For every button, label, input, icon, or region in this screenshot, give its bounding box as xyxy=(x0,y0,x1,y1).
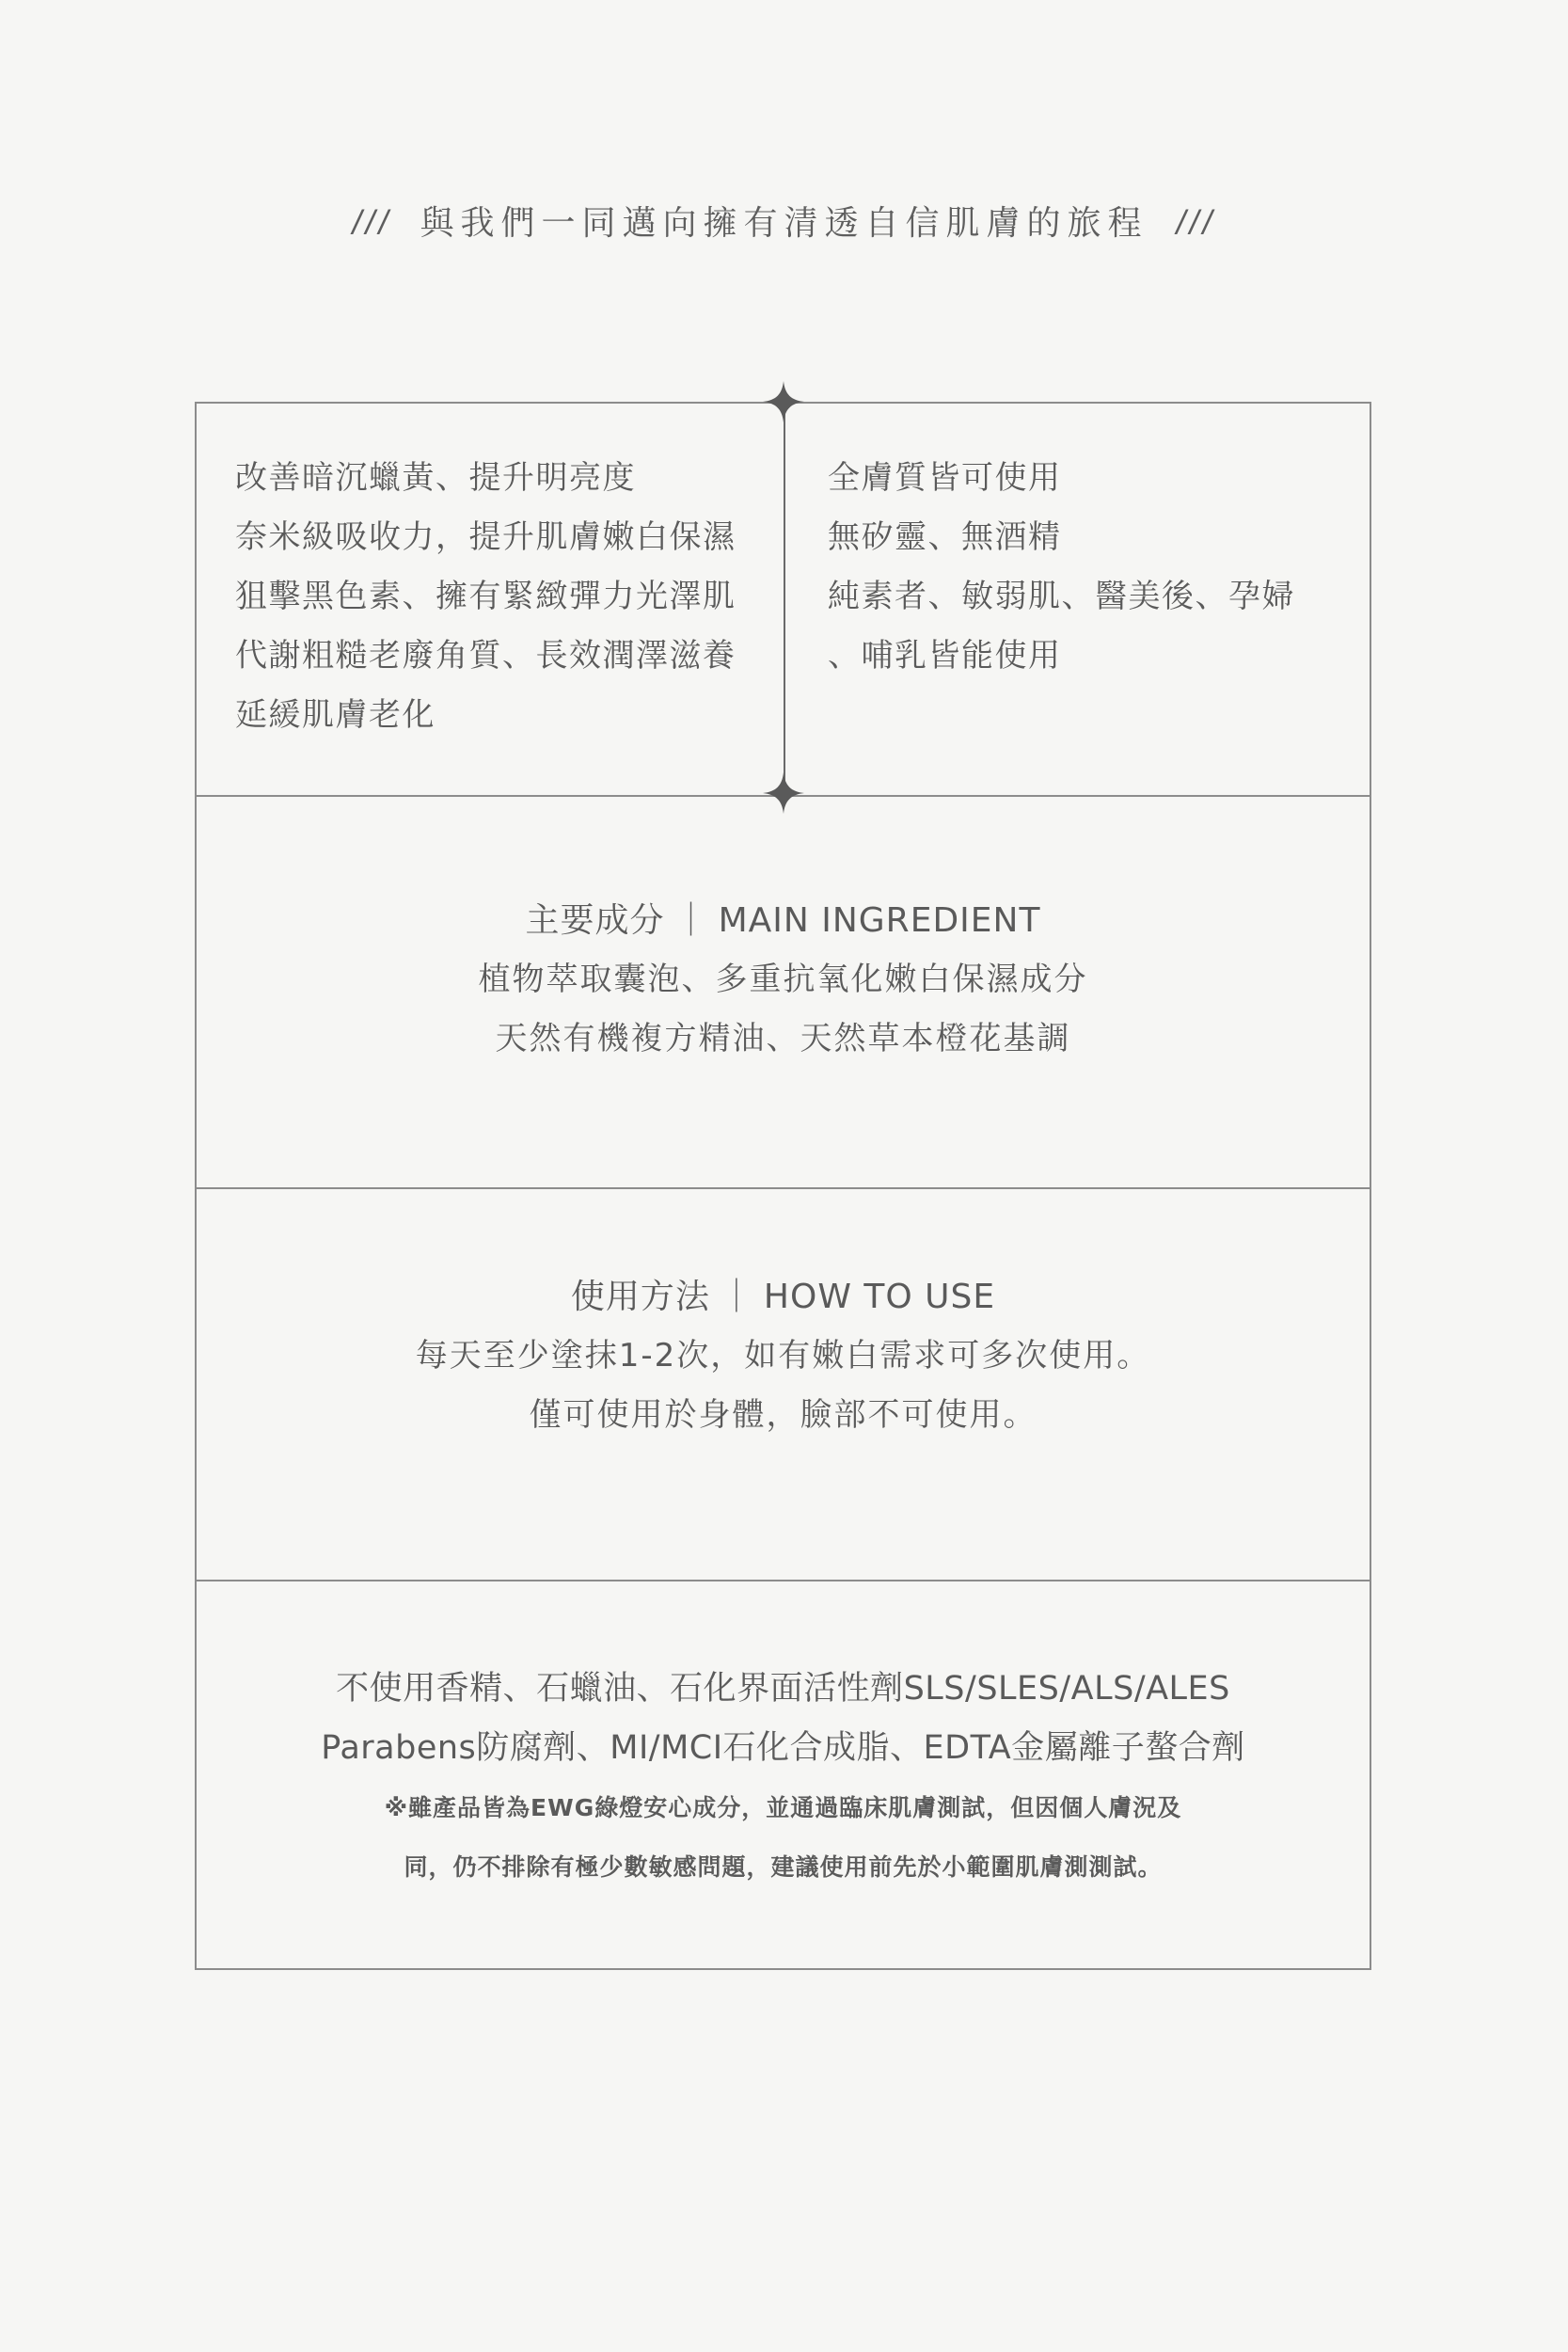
ingredients-row: 主要成分｜MAIN INGREDIENT 植物萃取囊泡、多重抗氧化嫩白保濕成分 … xyxy=(197,795,1370,1187)
product-info-box: 改善暗沉蠟黃、提升明亮度 奈米級吸收力，提升肌膚嫩白保濕 狙擊黑色素、擁有緊緻彈… xyxy=(195,402,1371,1970)
free-from-row: 不使用香精、石蠟油、石化界面活性劑SLS/SLES/ALS/ALES Parab… xyxy=(197,1580,1370,1970)
decorative-slashes-right: /// xyxy=(1177,203,1216,242)
disclaimer-line: ※雖產品皆為EWG綠燈安心成分，並通過臨床肌膚測試，但因個人膚況及 xyxy=(197,1778,1370,1837)
sparkle-ornament-icon xyxy=(763,772,804,814)
heading-en: HOW TO USE xyxy=(764,1278,995,1316)
suitability-item: 、哺乳皆能使用 xyxy=(828,627,1295,686)
heading-zh: 使用方法 xyxy=(571,1278,710,1316)
ingredient-line: 天然有機複方精油、天然草本橙花基調 xyxy=(197,1009,1370,1069)
heading-en: MAIN INGREDIENT xyxy=(719,901,1041,940)
usage-line: 僅可使用於身體，臉部不可使用。 xyxy=(197,1386,1370,1445)
usage-section: 使用方法｜HOW TO USE 每天至少塗抹1-2次，如有嫩白需求可多次使用。 … xyxy=(197,1267,1370,1445)
heading-separator: ｜ xyxy=(674,901,709,940)
suitability-item: 全膚質皆可使用 xyxy=(828,449,1295,508)
usage-row: 使用方法｜HOW TO USE 每天至少塗抹1-2次，如有嫩白需求可多次使用。 … xyxy=(197,1187,1370,1580)
disclaimer-line: 同，仍不排除有極少數敏感問題，建議使用前先於小範圍肌膚測測試。 xyxy=(197,1837,1370,1897)
suitability-list: 全膚質皆可使用 無矽靈、無酒精 純素者、敏弱肌、醫美後、孕婦 、哺乳皆能使用 xyxy=(828,449,1295,686)
ingredient-line: 植物萃取囊泡、多重抗氧化嫩白保濕成分 xyxy=(197,950,1370,1009)
benefit-item: 延緩肌膚老化 xyxy=(235,686,736,745)
free-from-line: 不使用香精、石蠟油、石化界面活性劑SLS/SLES/ALS/ALES xyxy=(197,1660,1370,1719)
suitability-item: 無矽靈、無酒精 xyxy=(828,508,1295,567)
ingredients-section: 主要成分｜MAIN INGREDIENT 植物萃取囊泡、多重抗氧化嫩白保濕成分 … xyxy=(197,891,1370,1069)
benefit-item: 改善暗沉蠟黃、提升明亮度 xyxy=(235,449,736,508)
column-divider xyxy=(784,404,785,795)
suitability-item: 純素者、敏弱肌、醫美後、孕婦 xyxy=(828,567,1295,627)
heading-separator: ｜ xyxy=(720,1278,754,1316)
sparkle-ornament-icon xyxy=(763,381,804,422)
benefit-item: 代謝粗糙老廢角質、長效潤澤滋養 xyxy=(235,627,736,686)
ingredients-heading: 主要成分｜MAIN INGREDIENT xyxy=(197,891,1370,950)
free-from-line: Parabens防腐劑、MI/MCI石化合成脂、EDTA金屬離子螯合劑 xyxy=(197,1719,1370,1778)
title-text: 與我們一同邁向擁有清透自信肌膚的旅程 xyxy=(420,204,1148,243)
free-from-section: 不使用香精、石蠟油、石化界面活性劑SLS/SLES/ALS/ALES Parab… xyxy=(197,1660,1370,1897)
benefits-row: 改善暗沉蠟黃、提升明亮度 奈米級吸收力，提升肌膚嫩白保濕 狙擊黑色素、擁有緊緻彈… xyxy=(197,404,1370,795)
usage-line: 每天至少塗抹1-2次，如有嫩白需求可多次使用。 xyxy=(197,1327,1370,1386)
benefit-item: 奈米級吸收力，提升肌膚嫩白保濕 xyxy=(235,508,736,567)
usage-heading: 使用方法｜HOW TO USE xyxy=(197,1267,1370,1327)
page-title: ///與我們一同邁向擁有清透自信肌膚的旅程/// xyxy=(0,199,1568,247)
heading-zh: 主要成分 xyxy=(526,901,665,940)
benefit-item: 狙擊黑色素、擁有緊緻彈力光澤肌 xyxy=(235,567,736,627)
decorative-slashes-left: /// xyxy=(352,203,391,242)
benefits-list: 改善暗沉蠟黃、提升明亮度 奈米級吸收力，提升肌膚嫩白保濕 狙擊黑色素、擁有緊緻彈… xyxy=(235,449,736,745)
